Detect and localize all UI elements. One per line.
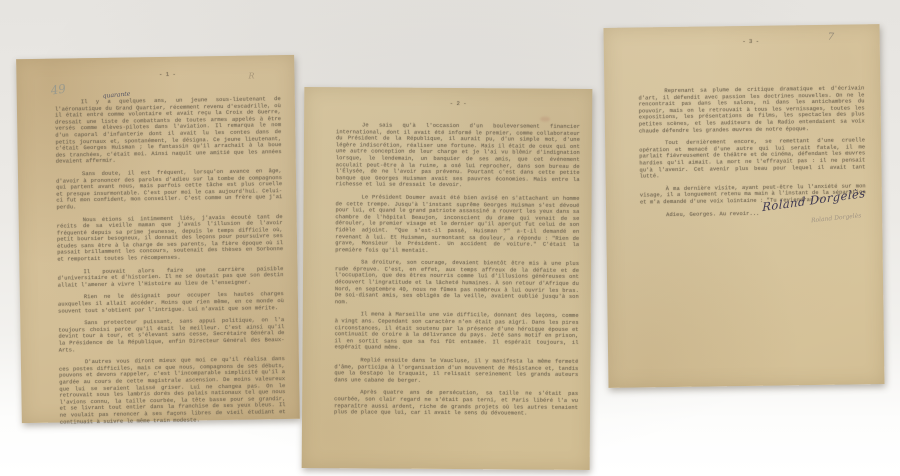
paragraph: Sans protecteur puissant, sans appui pol… (58, 317, 284, 354)
ink-signature: Roland Dorgelès (754, 185, 873, 215)
pencil-mark-49: 49 (50, 81, 67, 97)
pencil-mark-top-right: R (248, 71, 254, 80)
paragraph: Il pouvait alors faire une carrière pais… (57, 266, 283, 289)
typescript-page-2: - 2 - Je sais qu'à l'occasion d'un boule… (302, 87, 593, 470)
typescript-page-1: 49 R quarante - 1 - Il y a quelques ans,… (16, 55, 300, 423)
paragraph: Après quatre ans de persécution, sa tail… (334, 390, 578, 418)
paragraph: Replié ensuite dans le Vaucluse, il y ma… (334, 357, 578, 385)
closing-line: Adieu, Georges. Au revoir... (640, 209, 866, 219)
paragraph: Tout dernièrement encore, se remettant d… (639, 137, 866, 180)
page-number: - 1 - (54, 69, 280, 80)
pencil-mark-top-right: 7 (827, 32, 834, 43)
typed-text-block: Je sais qu'à l'occasion d'un bouleversem… (334, 122, 580, 417)
paragraph: Sans doute, il est fréquent, lorsqu'on a… (56, 168, 283, 211)
photo-backdrop: 49 R quarante - 1 - Il y a quelques ans,… (0, 0, 900, 476)
page-number: - 2 - (336, 99, 580, 108)
paragraph: Il mena à Marseille une vie difficile, d… (334, 312, 578, 353)
paragraph: Le Président Doumer avait été bien avisé… (335, 194, 579, 255)
typescript-page-3: 7 - 3 - Reprenant sa plume de critique d… (604, 24, 885, 388)
pencil-signature-note: Roland Dorgelès (798, 211, 874, 226)
paragraph: Nous étions si intimement liés, j'avais … (57, 214, 284, 264)
paragraph: Je sais qu'à l'occasion d'un bouleversem… (336, 122, 580, 190)
paragraph: Il y a quelques ans, un jeune sous-lieut… (55, 96, 282, 165)
paragraph: À ma dernière visite, ayant peut-être lu… (640, 183, 866, 206)
typed-text-block: Reprenant sa plume de critique dramatiqu… (638, 85, 866, 218)
handwritten-insertion: quarante (102, 90, 130, 99)
typed-text-block: Il y a quelques ans, un jeune sous-lieut… (55, 96, 286, 426)
paragraph: Reprenant sa plume de critique dramatiqu… (638, 85, 865, 134)
paragraph: D'autres vous diront mieux que moi ce qu… (59, 356, 286, 425)
paragraph: Sa droiture, son courage, devaient bient… (335, 259, 579, 307)
paragraph: Rien ne le désignait pour occuper les ha… (58, 291, 284, 314)
smudge-mark (540, 117, 550, 122)
signature-block: Roland Dorgelès Roland Dorgelès (754, 192, 874, 223)
page-number: - 3 - (638, 36, 864, 46)
